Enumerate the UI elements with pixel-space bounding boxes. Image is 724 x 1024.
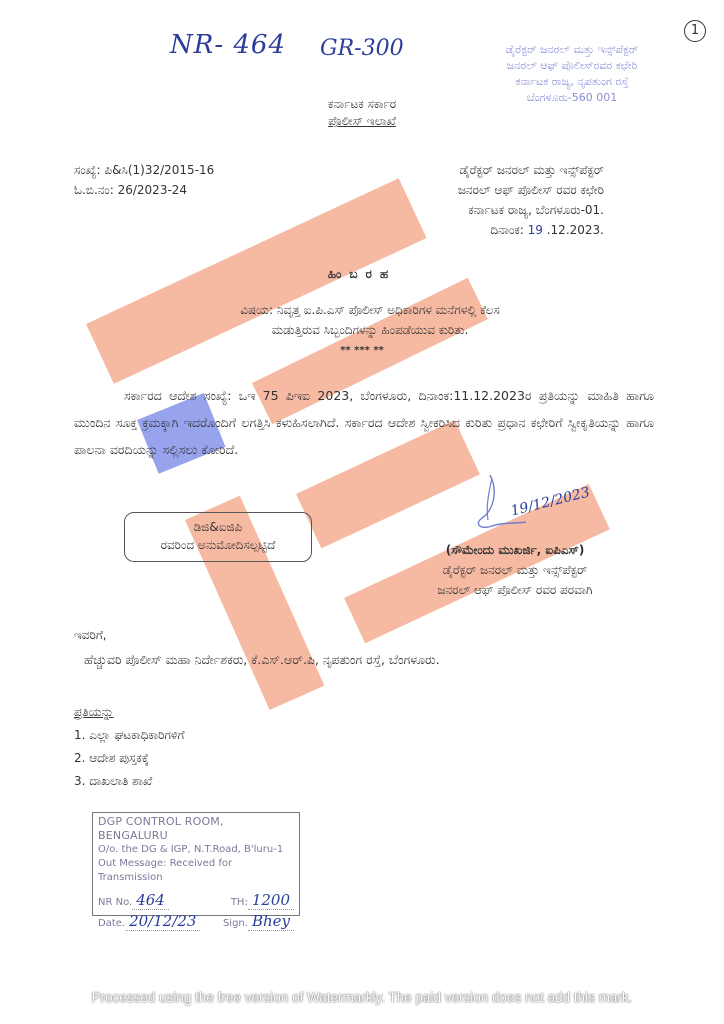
office-stamp-line: ಜನರಲ್ ಆಫ್ ಪೊಲೀಸ್‌ರವರ ಕಛೇರಿ <box>462 58 682 74</box>
nr-value: 464 <box>132 891 169 910</box>
copies-item: 2. ಆದೇಶ ಪುಸ್ತಕಕ್ಕೆ <box>74 747 184 770</box>
signatory-designation-2: ಜನರಲ್ ಆಫ್ ಪೊಲೀಸ್ ರವರ ಪರವಾಗಿ <box>380 580 650 600</box>
signatory-designation-1: ಡೈರೆಕ್ಟರ್ ಜನರಲ್ ಮತ್ತು ಇನ್ಸ್‌ಪೆಕ್ಟರ್ <box>380 560 650 580</box>
stamp-line-2: O/o. the DG & IGP, N.T.Road, B'luru-1 <box>98 843 294 857</box>
copies-list: 1. ಎಲ್ಲಾ ಘಟಕಾಧಿಕಾರಿಗಳಿಗೆ 2. ಆದೇಶ ಪುಸ್ತಕಕ… <box>74 724 184 793</box>
signatory-name: (ಸೌಮೇಂದು ಮುಖರ್ಜಿ, ಐಪಿಎಸ್) <box>380 540 650 560</box>
recipient-address: ಹೆಚ್ಚುವರಿ ಪೊಲೀಸ್ ಮಹಾ ನಿರ್ದೇಶಕರು, ಕೆ.ಎಸ್.… <box>84 652 440 668</box>
office-stamp-line: ಕರ್ನಾಟಕ ರಾಜ್ಯ, ನೃಪತುಂಗ ರಸ್ತೆ <box>462 74 682 90</box>
reference-number: ಸಂಖ್ಯೆ: ಪಿ&ಸಿ(1)32/2015-16 <box>74 160 214 180</box>
copies-item: 1. ಎಲ್ಲಾ ಘಟಕಾಧಿಕಾರಿಗಳಿಗೆ <box>74 724 184 747</box>
reference-block: ಸಂಖ್ಯೆ: ಪಿ&ಸಿ(1)32/2015-16 ಓ.ಬಿ.ನಂ: 26/2… <box>74 160 214 200</box>
subject: ವಿಷಯ: ನಿವೃತ್ತ ಐ.ಪಿ.ಎಸ್ ಪೊಲೀಸ್ ಅಧಿಕಾರಿಗಳ … <box>100 300 640 340</box>
date-label: ದಿನಾಂಕ: <box>490 223 527 237</box>
document-title: ಹಿಂಬರಹ <box>0 267 724 282</box>
office-address: ಡೈರೆಕ್ಟರ್ ಜನರಲ್ ಮತ್ತು ಇನ್ಸ್‌ಪೆಕ್ಟರ್ ಜನರಲ… <box>380 160 604 240</box>
date-label: Date. <box>98 918 125 929</box>
stamp-row-date: Date.20/12/23 Sign.Bhey <box>98 914 294 931</box>
office-line-3: ಕರ್ನಾಟಕ ರಾಜ್ಯ, ಬೆಂಗಳೂರು-01. <box>380 200 604 220</box>
control-room-stamp: DGP CONTROL ROOM, BENGALURU O/o. the DG … <box>92 812 300 916</box>
stamp-line-3: Out Message: Received for Transmission <box>98 857 294 885</box>
approval-line-1: ಡಿಜಿ&ಐಜಿಪಿ <box>125 518 311 536</box>
th-label: TH: <box>231 897 248 908</box>
signatory-block: (ಸೌಮೇಂದು ಮುಖರ್ಜಿ, ಐಪಿಎಸ್) ಡೈರೆಕ್ಟರ್ ಜನರಲ… <box>380 540 650 600</box>
page-number: 1 <box>684 20 706 42</box>
copies-label: ಪ್ರತಿಯನ್ನು <box>74 705 114 720</box>
handwritten-gr-ref: GR-300 <box>320 36 404 61</box>
approval-box: ಡಿಜಿ&ಐಜಿಪಿ ರವರಿಂದ ಅನುಮೋದಿಸಲ್ಪಟ್ಟಿದೆ <box>124 512 312 562</box>
government-name: ಕರ್ನಾಟಕ ಸರ್ಕಾರ <box>0 96 724 113</box>
stamp-line-1: DGP CONTROL ROOM, BENGALURU <box>98 815 294 843</box>
office-stamp-line: ಡೈರೆಕ್ಟರ್ ಜನರಲ್ ಮತ್ತು ಇನ್ಸ್‌ಪೆಕ್ಟರ್ <box>462 42 682 58</box>
ob-number: ಓ.ಬಿ.ನಂ: 26/2023-24 <box>74 180 214 200</box>
body-paragraph: ಸರ್ಕಾರದ ಆದೇಶ ಸಂಖ್ಯೆ: ಒಇ 75 ಪಿಇಐ 2023, ಬೆ… <box>74 382 654 463</box>
approval-line-2: ರವರಿಂದ ಅನುಮೋದಿಸಲ್ಪಟ್ಟಿದೆ <box>125 536 311 554</box>
subject-line-1: ವಿಷಯ: ನಿವೃತ್ತ ಐ.ಪಿ.ಎಸ್ ಪೊಲೀಸ್ ಅಧಿಕಾರಿಗಳ … <box>100 300 640 320</box>
recipient-label: ಇವರಿಗೆ, <box>74 628 107 643</box>
stamp-row-nr: NR No.464 TH:1200 <box>98 893 294 910</box>
date-day: 19 <box>528 223 543 237</box>
date-rest: .12.2023. <box>543 223 604 237</box>
department-name: ಪೊಲೀಸ್ ಇಲಾಖೆ <box>0 113 724 130</box>
separator: ** *** ** <box>0 345 724 356</box>
copies-item: 3. ದಾಖಲಾತಿ ಶಾಖೆ <box>74 770 184 793</box>
subject-line-2: ಮಡುತ್ತಿರುವ ಸಿಬ್ಬಂದಿಗಳನ್ನು ಹಿಂಪಡೆಯುವ ಕುರಿ… <box>100 320 640 340</box>
office-date: ದಿನಾಂಕ: 19 .12.2023. <box>380 220 604 240</box>
office-line-2: ಜನರಲ್ ಆಫ್ ಪೊಲೀಸ್ ರವರ ಕಛೇರಿ <box>380 180 604 200</box>
sign-label: Sign. <box>223 918 248 929</box>
date-value: 20/12/23 <box>125 912 200 931</box>
watermark-text: Processed using the free version of Wate… <box>0 990 724 1005</box>
th-value: 1200 <box>248 891 294 910</box>
office-line-1: ಡೈರೆಕ್ಟರ್ ಜನರಲ್ ಮತ್ತು ಇನ್ಸ್‌ಪೆಕ್ಟರ್ <box>380 160 604 180</box>
nr-label: NR No. <box>98 897 132 908</box>
sign-value: Bhey <box>248 912 294 931</box>
handwritten-nr-ref: NR- 464 <box>170 30 286 60</box>
